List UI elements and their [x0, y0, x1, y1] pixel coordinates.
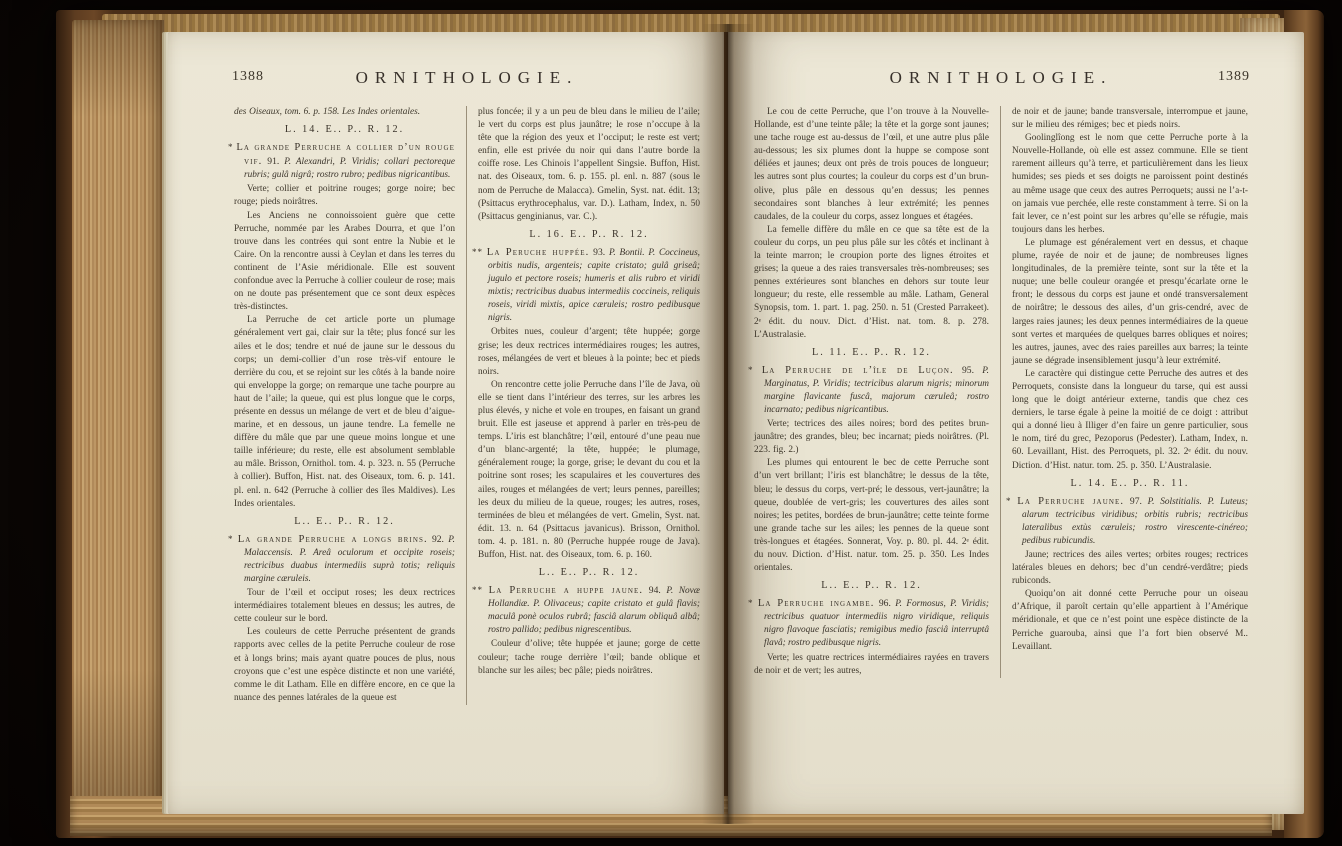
left-page-column-1: des Oiseaux, tom. 6. p. 158. Les Indes o… — [234, 106, 467, 705]
entry-sc: La Perruche de l’île de Luçon. — [762, 365, 954, 376]
species-formula-line: L. 16. E.. P.. R. 12. — [478, 229, 700, 240]
right-page-header: ORNITHOLOGIE. 1389 — [754, 68, 1248, 102]
species-entry-heading: * La grande Perruche a collier d’un roug… — [234, 141, 455, 182]
left-page-column-2: plus foncée; il y a un peu de bleu dans … — [467, 106, 700, 705]
right-page-column-2: de noir et de jaune; bande transversale,… — [1001, 106, 1248, 678]
entry-latin: P. Bontii. P. Coccineus, orbitis nudis, … — [488, 248, 700, 323]
paragraph: Les plumes qui entourent le bec de cette… — [754, 457, 989, 575]
species-entry-heading: * La Perruche ingambe. 96. P. Formosus, … — [754, 597, 989, 650]
paragraph: Les Anciens ne connoissoient guère que c… — [234, 210, 455, 315]
book-left-fore-edge — [72, 20, 164, 832]
entry-sc: La Perruche jaune. — [1017, 496, 1124, 507]
right-page: ORNITHOLOGIE. 1389 Le cou de cette Perru… — [728, 32, 1304, 814]
species-formula-line: L. 14. E.. P.. R. 12. — [234, 124, 455, 135]
entry-num: 91. — [267, 156, 279, 167]
species-entry-heading: * La Perruche jaune. 97. P. Solstitialis… — [1012, 495, 1248, 548]
paragraph: Couleur d’olive; tête huppée et jaune; g… — [478, 638, 700, 677]
paragraph: La femelle diffère du mâle en ce que sa … — [754, 224, 989, 342]
right-page-content: ORNITHOLOGIE. 1389 Le cou de cette Perru… — [754, 68, 1248, 678]
right-page-column-1: Le cou de cette Perruche, que l’on trouv… — [754, 106, 1001, 678]
paragraph: On rencontre cette jolie Perruche dans l… — [478, 379, 700, 562]
species-formula-line: L. 11. E.. P.. R. 12. — [754, 347, 989, 358]
entry-sc: La Peruche huppée. — [487, 247, 590, 258]
right-page-columns: Le cou de cette Perruche, que l’on trouv… — [754, 106, 1248, 678]
entry-marker: ** — [472, 585, 483, 595]
species-entry-heading: * La Perruche de l’île de Luçon. 95. P. … — [754, 364, 989, 417]
species-entry-heading: ** La Perruche a huppe jaune. 94. P. Nov… — [478, 584, 700, 637]
species-formula-line: L.. E.. P.. R. 12. — [754, 580, 989, 591]
paragraph: plus foncée; il y a un peu de bleu dans … — [478, 106, 700, 224]
paragraph: Les couleurs de cette Perruche présenten… — [234, 626, 455, 705]
entry-num: 92. — [432, 534, 444, 545]
paragraph: Goolinglîong est le nom que cette Perruc… — [1012, 132, 1248, 237]
entry-num: 96. — [879, 598, 891, 609]
left-page-columns: des Oiseaux, tom. 6. p. 158. Les Indes o… — [234, 106, 700, 705]
paragraph: Le caractère qui distingue cette Perruch… — [1012, 368, 1248, 473]
paragraph: Verte; tectrices des ailes noires; bord … — [754, 418, 989, 457]
open-book: 1388 ORNITHOLOGIE. des Oiseaux, tom. 6. … — [56, 10, 1324, 838]
entry-num: 97. — [1130, 496, 1142, 507]
species-formula-line: L.. E.. P.. R. 12. — [478, 567, 700, 578]
right-page-number: 1389 — [1218, 69, 1250, 85]
left-page: 1388 ORNITHOLOGIE. des Oiseaux, tom. 6. … — [168, 32, 724, 814]
paragraph: Quoiqu’on ait donné cette Perruche pour … — [1012, 588, 1248, 653]
paragraph: Verte; collier et poitrine rouges; gorge… — [234, 183, 455, 209]
entry-sc: La Perruche a huppe jaune. — [489, 585, 644, 596]
entry-marker: * — [748, 598, 754, 608]
paragraph: Tour de l’œil et occiput roses; les deux… — [234, 587, 455, 626]
right-running-title: ORNITHOLOGIE. — [754, 68, 1248, 88]
entry-marker: * — [228, 534, 234, 544]
paragraph: La Perruche de cet article porte un plum… — [234, 314, 455, 510]
paragraph: Verte; les quatre rectrices intermédiair… — [754, 652, 989, 678]
entry-sc: La grande Perruche a longs brins. — [238, 534, 428, 545]
left-page-header: 1388 ORNITHOLOGIE. — [234, 68, 700, 102]
paragraph: Jaune; rectrices des ailes vertes; orbit… — [1012, 549, 1248, 588]
book-top-page-edges — [102, 14, 1280, 32]
paragraph: Le plumage est généralement vert en dess… — [1012, 237, 1248, 368]
species-formula-line: L. 14. E.. P.. R. 11. — [1012, 478, 1248, 489]
paragraph: Le cou de cette Perruche, que l’on trouv… — [754, 106, 989, 224]
left-page-content: 1388 ORNITHOLOGIE. des Oiseaux, tom. 6. … — [234, 68, 700, 705]
entry-num: 93. — [593, 247, 605, 258]
paragraph: des Oiseaux, tom. 6. p. 158. Les Indes o… — [234, 106, 455, 119]
left-running-title: ORNITHOLOGIE. — [234, 68, 700, 88]
entry-num: 94. — [649, 585, 661, 596]
species-entry-heading: ** La Peruche huppée. 93. P. Bontii. P. … — [478, 246, 700, 326]
paragraph: Orbites nues, couleur d’argent; tête hup… — [478, 326, 700, 378]
species-formula-line: L.. E.. P.. R. 12. — [234, 516, 455, 527]
entry-marker: * — [228, 142, 234, 152]
entry-sc: La Perruche ingambe. — [758, 598, 875, 609]
entry-marker: ** — [472, 247, 483, 257]
paragraph: de noir et de jaune; bande transversale,… — [1012, 106, 1248, 132]
species-entry-heading: * La grande Perruche a longs brins. 92. … — [234, 533, 455, 586]
entry-num: 95. — [962, 365, 974, 376]
photo-background: 1388 ORNITHOLOGIE. des Oiseaux, tom. 6. … — [0, 0, 1342, 846]
entry-marker: * — [1006, 496, 1012, 506]
entry-marker: * — [748, 365, 754, 375]
